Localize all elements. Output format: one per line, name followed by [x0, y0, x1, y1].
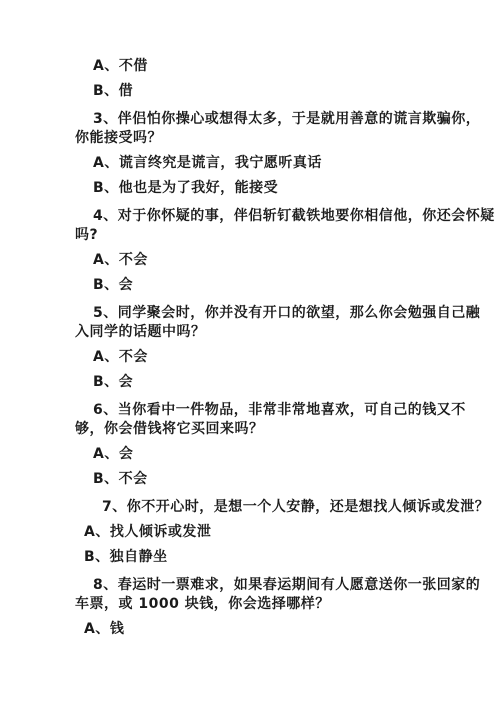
option-line-item: B、借	[75, 82, 460, 101]
text-line: 6、当你看中一件物品，非常非常地喜欢，可自己的钱又不	[75, 401, 460, 420]
text-line: B、会	[75, 276, 460, 295]
text-line: B、他也是为了我好，能接受	[75, 179, 460, 198]
text-line: 7、你不开心时，是想一个人安静，还是想找人倾诉或发泄？	[75, 498, 460, 517]
option-line-item: A、钱	[75, 620, 460, 639]
text-line: A、钱	[75, 620, 460, 639]
option-line-item: A、不会	[75, 348, 460, 367]
text-line: 吗?	[75, 226, 460, 245]
text-line: A、会	[75, 445, 460, 464]
document-page: A、不借B、借3、伴侣怕你操心或想得太多，于是就用善意的谎言欺骗你，你能接受吗？…	[0, 0, 500, 708]
option-line-item: A、不借	[75, 57, 460, 76]
text-line: A、找人倾诉或发泄	[75, 523, 460, 542]
text-line: 3、伴侣怕你操心或想得太多，于是就用善意的谎言欺骗你，	[75, 110, 460, 129]
text-line: 够，你会借钱将它买回来吗？	[75, 420, 460, 439]
question-paragraph: 6、当你看中一件物品，非常非常地喜欢，可自己的钱又不够，你会借钱将它买回来吗？	[75, 401, 460, 439]
text-line: A、不借	[75, 57, 460, 76]
text-line: A、不会	[75, 251, 460, 270]
text-line: B、会	[75, 373, 460, 392]
text-line: 4、对于你怀疑的事，伴侣斩钉截铁地要你相信他，你还会怀疑	[75, 207, 460, 226]
text-line: B、独自静坐	[75, 548, 460, 567]
question-paragraph: 3、伴侣怕你操心或想得太多，于是就用善意的谎言欺骗你，你能接受吗？	[75, 110, 460, 148]
text-line: 你能接受吗？	[75, 129, 460, 148]
text-line: A、谎言终究是谎言，我宁愿听真话	[75, 154, 460, 173]
question-paragraph: 8、春运时一票难求，如果春运期间有人愿意送你一张回家的车票，或 1000 块钱，…	[75, 576, 460, 614]
option-line-item: B、不会	[75, 470, 460, 489]
text-line: 5、同学聚会时，你并没有开口的欲望，那么你会勉强自己融	[75, 304, 460, 323]
question-paragraph: 4、对于你怀疑的事，伴侣斩钉截铁地要你相信他，你还会怀疑吗?	[75, 207, 460, 245]
text-line: 8、春运时一票难求，如果春运期间有人愿意送你一张回家的	[75, 576, 460, 595]
option-line-item: B、会	[75, 276, 460, 295]
option-line-item: B、独自静坐	[75, 548, 460, 567]
text-line: 入同学的话题中吗？	[75, 323, 460, 342]
text-line: B、不会	[75, 470, 460, 489]
option-line-item: A、不会	[75, 251, 460, 270]
text-line: A、不会	[75, 348, 460, 367]
option-line-item: A、会	[75, 445, 460, 464]
text-line: B、借	[75, 82, 460, 101]
question-paragraph: 7、你不开心时，是想一个人安静，还是想找人倾诉或发泄？	[75, 498, 460, 517]
document-body: A、不借B、借3、伴侣怕你操心或想得太多，于是就用善意的谎言欺骗你，你能接受吗？…	[0, 0, 500, 639]
option-line-item: B、会	[75, 373, 460, 392]
option-line-item: B、他也是为了我好，能接受	[75, 179, 460, 198]
question-paragraph: 5、同学聚会时，你并没有开口的欲望，那么你会勉强自己融入同学的话题中吗？	[75, 304, 460, 342]
option-line-item: A、谎言终究是谎言，我宁愿听真话	[75, 154, 460, 173]
option-line-item: A、找人倾诉或发泄	[75, 523, 460, 542]
text-line: 车票，或 1000 块钱，你会选择哪样？	[75, 595, 460, 614]
